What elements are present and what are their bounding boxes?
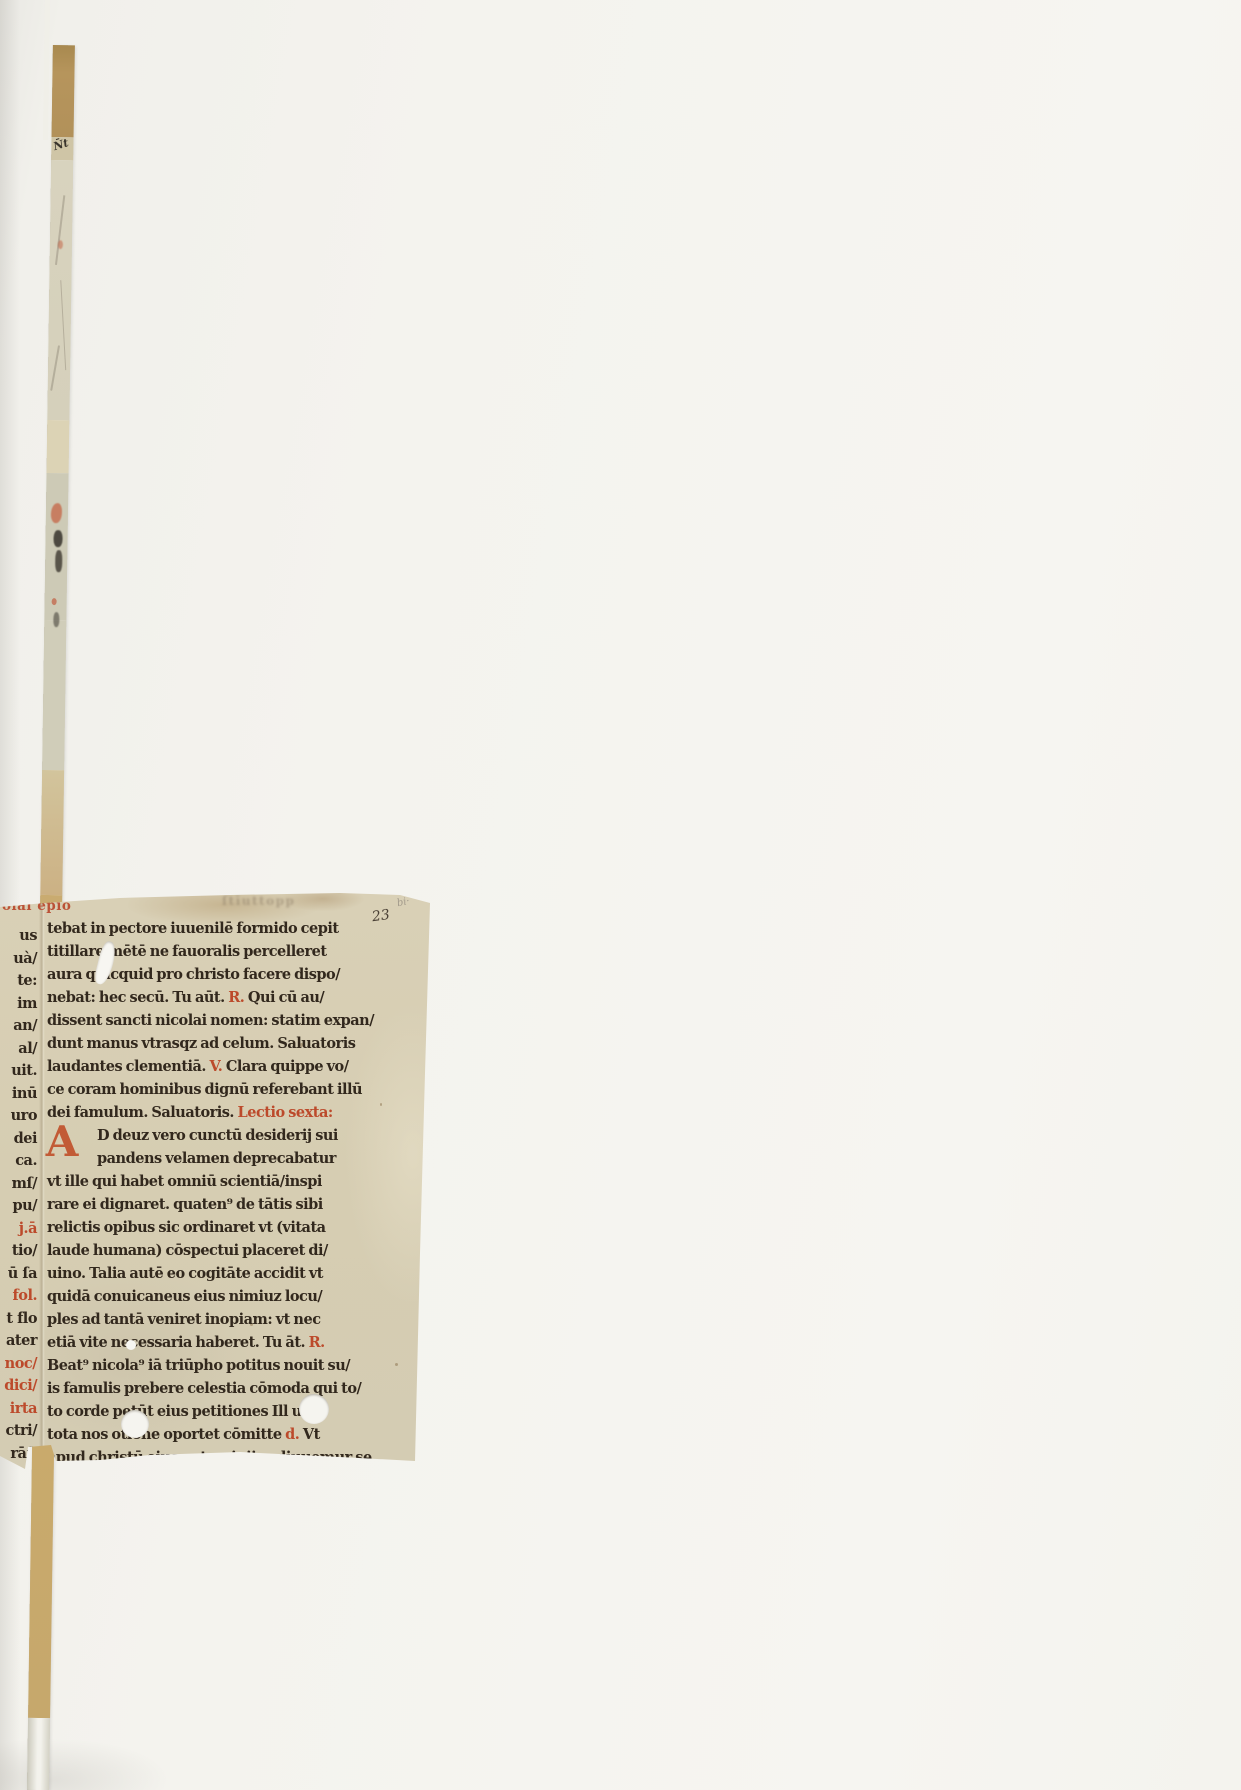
text-segment: uit. xyxy=(11,1062,37,1079)
text-segment: dici/ xyxy=(4,1377,37,1394)
left-column-line: noc/ xyxy=(0,1353,40,1376)
ink-speck xyxy=(53,612,59,627)
text-line: Beat⁹ nicola⁹ iā triūpho potitus nouit s… xyxy=(47,1354,369,1377)
left-column-line: irta xyxy=(0,1398,40,1421)
text-segment: tebat in pectore iuuenilē formido cepit xyxy=(47,920,339,937)
strip-segment-tan-bottom xyxy=(28,1440,54,1718)
text-segment: Lectio sexta: xyxy=(238,1104,333,1121)
left-column-line: uro xyxy=(0,1105,40,1128)
left-column-line: pu/ xyxy=(0,1195,40,1218)
text-line: relictis opibus sic ordinaret vt (vitata xyxy=(47,1216,369,1239)
punch-hole xyxy=(121,1410,149,1438)
main-text-column: tebat in pectore iuuenilē formido cepitt… xyxy=(47,917,369,1469)
pencil-note: bi· xyxy=(396,896,411,909)
text-segment: mſ/ xyxy=(12,1175,37,1192)
stain-speck xyxy=(395,1363,398,1366)
text-segment: laude humana) cōspectui placeret di/ xyxy=(47,1242,328,1259)
text-line: quidā conuicaneus eius nimiuz locu/ xyxy=(47,1285,369,1308)
text-segment: laudantes clementiā. xyxy=(47,1058,210,1075)
text-segment: uino. Talia autē eo cogitāte accidit vt xyxy=(47,1265,323,1282)
text-segment: to corde petūt eius petitiones Ill uirū xyxy=(47,1403,324,1420)
ink-blot xyxy=(53,530,62,547)
left-column-line: j.ā xyxy=(0,1218,40,1241)
text-line: dissent sancti nicolai nomen: statim exp… xyxy=(47,1009,369,1032)
text-segment: Clara quippe vo/ xyxy=(226,1058,349,1075)
left-column-line: tio/ xyxy=(0,1240,40,1263)
text-segment: Qui cū au/ xyxy=(248,989,324,1006)
text-segment: ce coram hominibus dignū referebant illū xyxy=(47,1081,362,1098)
text-segment: us xyxy=(19,927,37,944)
text-line: rare ei dignaret. quaten⁹ de tātis sibi xyxy=(47,1193,369,1216)
text-segment: ca. xyxy=(15,1152,37,1169)
text-segment: apud christū eius patrociniis adiuuemur … xyxy=(47,1449,372,1466)
text-segment: ples ad tantā veniret inopiam: vt nec xyxy=(47,1311,321,1328)
text-line: pandens velamen deprecabatur xyxy=(97,1147,369,1170)
text-segment: an/ xyxy=(13,1017,37,1034)
ink-blot xyxy=(55,550,62,572)
text-segment: rare ei dignaret. quaten⁹ de tātis sibi xyxy=(47,1196,323,1213)
text-line: laude humana) cōspectui placeret di/ xyxy=(47,1239,369,1262)
left-column-line: ca. xyxy=(0,1150,40,1173)
text-segment: im xyxy=(17,995,37,1012)
text-segment: d. xyxy=(285,1426,303,1443)
text-segment: inū xyxy=(12,1085,37,1102)
text-segment: ū ſa xyxy=(8,1265,37,1282)
text-segment: ater xyxy=(6,1332,37,1349)
text-segment: te: xyxy=(17,972,37,989)
left-column-line: fol. xyxy=(0,1285,40,1308)
text-line: ples ad tantā veniret inopiam: vt nec xyxy=(47,1308,369,1331)
text-line: tebat in pectore iuuenilē formido cepit xyxy=(47,917,369,940)
text-line: dei famulum. Saluatoris. Lectio sexta: xyxy=(47,1101,369,1124)
left-edge-shade xyxy=(0,0,20,1790)
left-column-line: te: xyxy=(0,970,40,993)
paper-defect xyxy=(126,1340,136,1350)
text-line: D deuz vero cunctū desiderij sui xyxy=(97,1124,369,1147)
text-segment: dei xyxy=(14,1130,37,1147)
left-column-line: t flo xyxy=(0,1308,40,1331)
text-line: ce coram hominibus dignū referebant illū xyxy=(47,1078,369,1101)
left-column-line: uà/ xyxy=(0,948,40,971)
left-column-line: im xyxy=(0,993,40,1016)
text-segment: tio/ xyxy=(12,1242,37,1259)
text-line: laudantes clementiā. V. Clara quippe vo/ xyxy=(47,1055,369,1078)
paper-sliver xyxy=(43,0,50,140)
text-segment: vt ille qui habet omniū scientiā/inspi xyxy=(47,1173,322,1190)
punch-hole xyxy=(299,1394,329,1424)
text-segment: uà/ xyxy=(13,950,37,967)
red-ink-speck xyxy=(52,598,57,605)
text-segment: Beat⁹ nicola⁹ iā triūpho potitus nouit s… xyxy=(47,1357,350,1374)
text-segment: dissent sancti nicolai nomen: statim exp… xyxy=(47,1012,374,1029)
text-segment: titillare mētē ne fauoralis percelleret xyxy=(47,943,327,960)
text-segment: pu/ xyxy=(13,1197,37,1214)
left-column-line: mſ/ xyxy=(0,1173,40,1196)
left-column-line: ū ſa xyxy=(0,1263,40,1286)
text-segment: R. xyxy=(228,989,248,1006)
text-segment: relictis opibus sic ordinaret vt (vitata xyxy=(47,1219,326,1236)
text-segment: noc/ xyxy=(5,1355,37,1372)
strip-segment-tan-light xyxy=(40,770,64,895)
left-column-line: dici/ xyxy=(0,1375,40,1398)
text-segment: t flo xyxy=(6,1310,37,1327)
text-segment: R. xyxy=(309,1334,325,1351)
text-segment: quidā conuicaneus eius nimiuz locu/ xyxy=(47,1288,322,1305)
text-line: etiā vite necessaria haberet. Tu āt. R. xyxy=(47,1331,369,1354)
text-line: titillare mētē ne fauoralis percelleret xyxy=(47,940,369,963)
text-segment: ctri/ xyxy=(6,1422,37,1439)
left-column-line: dei xyxy=(0,1128,40,1151)
strip-segment-tan-top xyxy=(52,45,75,137)
text-line: vt ille qui habet omniū scientiā/inspi xyxy=(47,1170,369,1193)
text-segment: al/ xyxy=(18,1040,37,1057)
text-segment: irta xyxy=(10,1400,37,1417)
text-segment: aura quicquid pro christo facere dispo/ xyxy=(47,966,340,983)
left-column-line: ctri/ xyxy=(0,1420,40,1443)
text-segment: dunt manus vtrasqz ad celum. Saluatoris xyxy=(47,1035,355,1052)
folio-number: 23 xyxy=(371,907,391,925)
text-line: apud christū eius patrociniis adiuuemur … xyxy=(47,1446,369,1469)
strip-segment-pale xyxy=(47,420,70,473)
text-segment: j.ā xyxy=(19,1220,37,1237)
left-text-column: usuà/te:iman/al/uit.inūurodeica.mſ/pu/j.… xyxy=(0,925,40,1465)
text-segment: etiā vite necessaria haberet. Tu āt. xyxy=(47,1334,309,1351)
stain-speck xyxy=(380,1103,382,1106)
text-segment: nebat: hec secū. Tu aūt. xyxy=(47,989,228,1006)
text-segment: Vt xyxy=(303,1426,320,1443)
left-column-line: uit. xyxy=(0,1060,40,1083)
left-column-line: ater xyxy=(0,1330,40,1353)
left-column-line: us xyxy=(0,925,40,948)
bottom-left-shade xyxy=(0,1738,170,1790)
text-line: tota nos otione oportet cōmitte d. Vt xyxy=(47,1423,369,1446)
text-segment: V. xyxy=(210,1058,226,1075)
manuscript-fragment: olai epio ſtīuttopp 23 bi· usuà/te:iman/… xyxy=(0,893,430,1473)
strip-segment-pale-green xyxy=(42,620,66,770)
text-segment: dei famulum. Saluatoris. xyxy=(47,1104,238,1121)
left-column-line: al/ xyxy=(0,1038,40,1061)
text-line: nebat: hec secū. Tu aūt. R. Qui cū au/ xyxy=(47,986,369,1009)
show-through-text: ſtīuttopp xyxy=(222,894,372,908)
text-segment: pandens velamen deprecabatur xyxy=(97,1150,336,1167)
text-line: uino. Talia autē eo cogitāte accidit vt xyxy=(47,1262,369,1285)
text-segment: fol. xyxy=(13,1287,37,1304)
left-column-line: an/ xyxy=(0,1015,40,1038)
text-segment: tota nos otione oportet cōmitte xyxy=(47,1426,285,1443)
strip-segment-pale-end xyxy=(27,1718,50,1790)
left-column-line: inū xyxy=(0,1083,40,1106)
text-segment: uro xyxy=(11,1107,37,1124)
text-segment: D deuz vero cunctū desiderij sui xyxy=(97,1127,338,1144)
text-line: dunt manus vtrasqz ad celum. Saluatoris xyxy=(47,1032,369,1055)
